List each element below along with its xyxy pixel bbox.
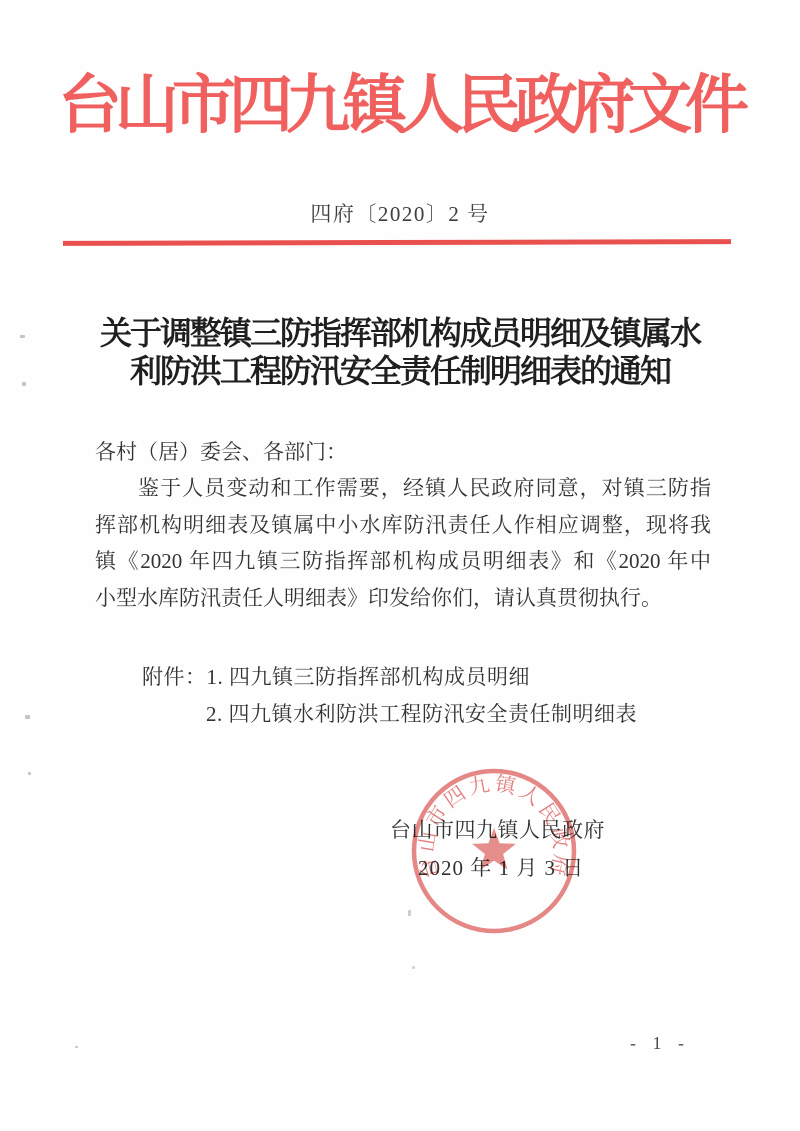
official-document-page: 台山市四九镇人民政府文件 四府〔2020〕2 号 关于调整镇三防指挥部机构成员明… [0,0,800,1131]
scan-speck [75,1046,78,1048]
page-number: - 1 - [630,1033,690,1054]
body-paragraph-line: 小型水库防汛责任人明细表》印发给你们，请认真贯彻执行。 [95,585,711,611]
official-seal-stamp-icon: 台山市四九镇人民政府 [405,762,583,940]
scan-speck [20,335,25,338]
letterhead-org-title: 台山市四九镇人民政府文件 [0,74,800,138]
scan-speck [408,910,411,916]
body-paragraph-line: 挥部机构明细表及镇属中小水库防汛责任人作相应调整，现将我 [95,512,711,538]
document-number: 四府〔2020〕2 号 [0,198,800,228]
attachment-item-2: 2. 四九镇水利防洪工程防汛安全责任制明细表 [206,698,637,728]
document-title-line2: 利防洪工程防汛安全责任制明细表的通知 [130,353,670,389]
document-title: 关于调整镇三防指挥部机构成员明细及镇属水利防洪工程防汛安全责任制明细表的通知 [0,314,800,390]
scan-speck [28,772,31,775]
scan-speck [25,715,30,719]
scan-speck [22,382,26,386]
document-title-line1: 关于调整镇三防指挥部机构成员明细及镇属水 [100,315,700,351]
signature-date: 2020 年 1 月 3 日 [418,852,584,882]
attachment-item-1: 附件：1. 四九镇三防指挥部机构成员明细 [142,661,530,691]
red-divider-line [63,239,731,246]
salutation: 各村（居）委会、各部门： [95,439,711,465]
body-paragraph-line: 鉴于人员变动和工作需要，经镇人民政府同意，对镇三防指 [95,475,711,501]
seal-outer-ring [414,771,574,931]
body-paragraph-line: 镇《2020 年四九镇三防指挥部机构成员明细表》和《2020 年中 [95,548,711,574]
scan-speck [412,966,415,969]
signature-org-name: 台山市四九镇人民政府 [390,814,605,844]
